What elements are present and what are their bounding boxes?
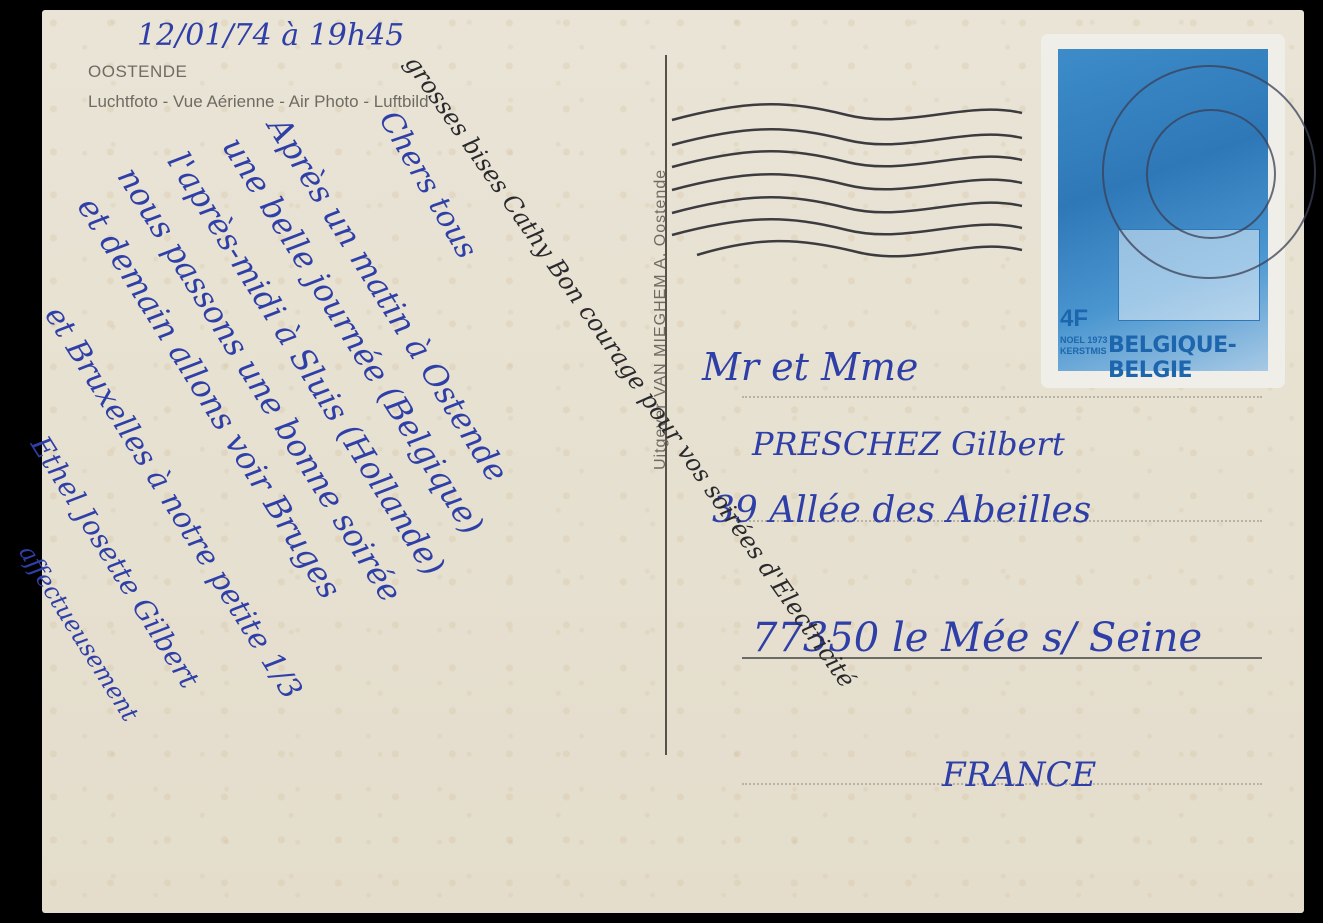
postmark-inner-ring (1146, 109, 1276, 239)
address-name: PRESCHEZ Gilbert (752, 425, 1065, 463)
address-line-1 (742, 396, 1262, 398)
stamp-value: 4F (1060, 305, 1088, 333)
circular-postmark (1102, 65, 1316, 279)
stamp-occasion: NOEL 1973 KERSTMIS (1060, 335, 1107, 357)
address-salutation: Mr et Mme (702, 345, 918, 389)
address-country: FRANCE (942, 755, 1096, 795)
wavy-cancellation-lines (667, 95, 1027, 265)
printed-subtitle: Luchtfoto - Vue Aérienne - Air Photo - L… (88, 92, 429, 112)
stamp-country: BELGIQUE-BELGIE (1108, 333, 1282, 383)
postcard: OOSTENDE Luchtfoto - Vue Aérienne - Air … (42, 10, 1304, 913)
stamp-line-kerstmis: KERSTMIS (1060, 346, 1107, 357)
handwritten-date-time: 12/01/74 à 19h45 (137, 18, 404, 53)
printed-city-title: OOSTENDE (88, 62, 187, 82)
address-street: 39 Allée des Abeilles (712, 490, 1091, 531)
stamp-line-noel: NOEL 1973 (1060, 335, 1107, 346)
